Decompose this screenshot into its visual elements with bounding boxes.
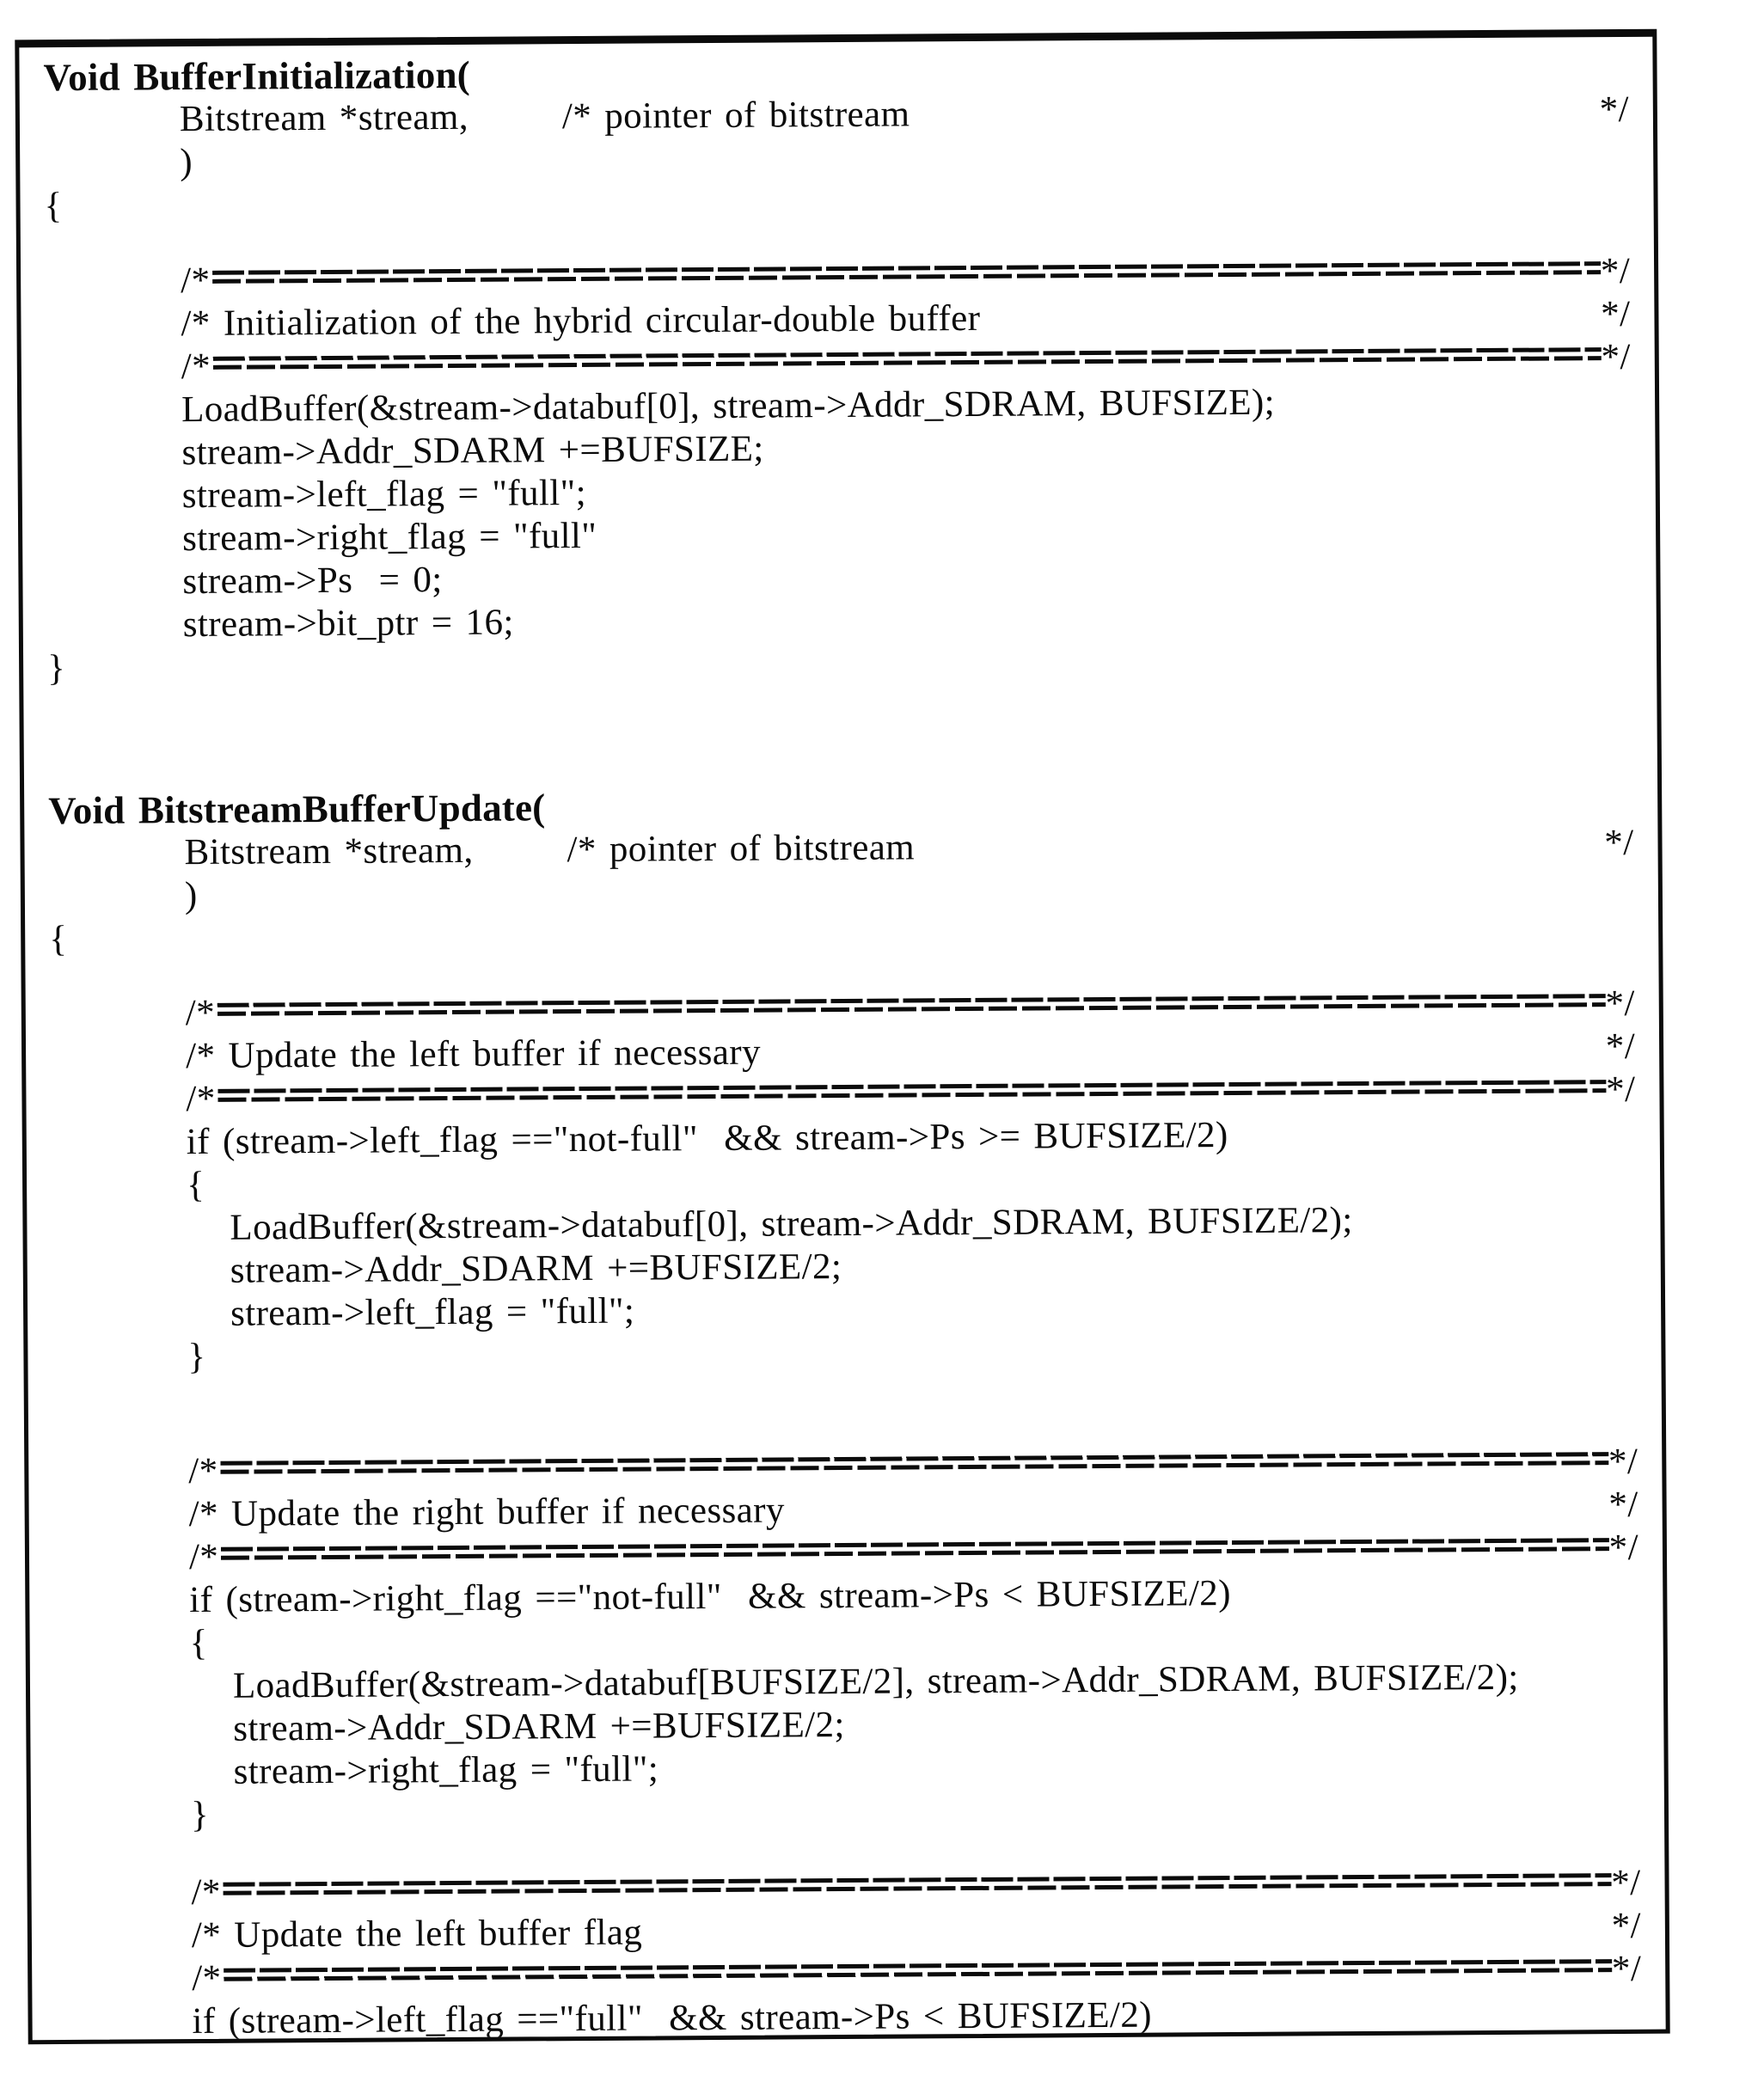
comment-close-token: */ bbox=[1599, 89, 1629, 132]
comment-ruler-fill bbox=[221, 1536, 1609, 1561]
comment-ruler-fill bbox=[218, 1078, 1607, 1103]
comment-open-token: /* bbox=[181, 346, 211, 389]
comment-close-token: */ bbox=[1605, 983, 1635, 1026]
code-text: { bbox=[187, 1164, 205, 1207]
code-text: stream->Addr_SDARM +=BUFSIZE/2; bbox=[230, 1246, 842, 1293]
comment-ruler-fill bbox=[220, 1450, 1608, 1475]
function-signature-text: Void BufferInitialization( bbox=[43, 53, 470, 99]
comment-open-token: /* bbox=[192, 1957, 222, 2000]
comment-close-token: */ bbox=[1606, 1068, 1636, 1111]
comment-open-token: /* bbox=[186, 992, 216, 1035]
code-text: ) bbox=[185, 874, 198, 917]
comment-text: /* Update the left buffer if necessary bbox=[186, 1032, 761, 1078]
comment-open-token: /* bbox=[188, 1450, 218, 1493]
code-text: LoadBuffer(&stream->databuf[BUFSIZE/2], … bbox=[233, 1656, 1519, 1708]
comment-close-token: */ bbox=[1601, 336, 1631, 379]
code-text: { bbox=[44, 185, 62, 228]
code-text: } bbox=[191, 1794, 209, 1837]
code-text: stream->right_flag = "full"; bbox=[233, 1748, 658, 1793]
comment-ruler-fill bbox=[224, 1871, 1612, 1896]
parameter-comment-text: /* pointer of bitstream bbox=[567, 826, 915, 872]
comment-open-token: /* bbox=[181, 260, 211, 303]
comment-open-token: /* bbox=[191, 1871, 221, 1914]
code-text: } bbox=[47, 647, 65, 690]
comment-close-token: */ bbox=[1612, 1948, 1642, 1991]
comment-text: /* Initialization of the hybrid circular… bbox=[181, 297, 980, 346]
code-text: if (stream->left_flag =="full" && stream… bbox=[192, 1994, 1152, 2043]
comment-close-token: */ bbox=[1604, 822, 1634, 865]
code-text: LoadBuffer(&stream->databuf[0], stream->… bbox=[181, 382, 1275, 432]
code-text: stream->Addr_SDARM +=BUFSIZE; bbox=[181, 428, 764, 475]
code-text: stream->Addr_SDARM +=BUFSIZE/2; bbox=[233, 1704, 845, 1751]
comment-open-token: /* bbox=[189, 1536, 219, 1579]
comment-close-token: */ bbox=[1601, 293, 1631, 336]
parameter-text: Bitstream *stream, bbox=[180, 95, 562, 141]
comment-ruler-fill bbox=[217, 992, 1606, 1017]
code-listing-box: Void BufferInitialization(Bitstream *str… bbox=[15, 29, 1669, 2045]
parameter-text: Bitstream *stream, bbox=[184, 829, 567, 874]
comment-close-token: */ bbox=[1606, 1026, 1636, 1068]
comment-ruler-fill bbox=[213, 346, 1602, 370]
scanned-page: Void BufferInitialization(Bitstream *str… bbox=[0, 0, 1764, 2088]
code-text: stream->left_flag = "full"; bbox=[230, 1290, 634, 1336]
code-text: { bbox=[49, 918, 67, 961]
code-text: stream->Ps = 0; bbox=[182, 559, 443, 603]
comment-ruler-fill bbox=[224, 1957, 1612, 1982]
code-text: LoadBuffer(&stream->databuf[0], stream->… bbox=[230, 1199, 1352, 1250]
line-spacer bbox=[47, 680, 1633, 789]
comment-ruler-fill bbox=[212, 260, 1601, 285]
line-spacer bbox=[52, 1369, 1638, 1451]
code-text: { bbox=[190, 1622, 208, 1665]
code-text: if (stream->right_flag =="not-full" && s… bbox=[189, 1572, 1231, 1622]
comment-close-token: */ bbox=[1608, 1484, 1638, 1527]
code-text: stream->right_flag = "full" bbox=[182, 515, 597, 560]
comment-close-token: */ bbox=[1611, 1862, 1641, 1905]
listing-rows: Void BufferInitialization(Bitstream *str… bbox=[19, 37, 1665, 2045]
function-signature-text: Void BitstreamBufferUpdate( bbox=[48, 786, 545, 832]
comment-text: /* Update the left buffer flag bbox=[192, 1912, 643, 1957]
code-text: } bbox=[187, 1336, 205, 1379]
comment-close-token: */ bbox=[1601, 250, 1631, 293]
comment-close-token: */ bbox=[1609, 1527, 1639, 1570]
code-text: ) bbox=[180, 141, 193, 184]
code-text: stream->left_flag = "full"; bbox=[182, 472, 586, 517]
parameter-comment-text: /* pointer of bitstream bbox=[562, 93, 910, 138]
comment-text: /* Update the right buffer if necessary bbox=[189, 1489, 785, 1536]
comment-close-token: */ bbox=[1608, 1441, 1638, 1484]
code-text: if (stream->left_flag =="not-full" && st… bbox=[187, 1114, 1228, 1164]
comment-close-token: */ bbox=[1611, 1905, 1641, 1948]
code-text: stream->bit_ptr = 16; bbox=[183, 602, 514, 647]
comment-open-token: /* bbox=[186, 1078, 216, 1121]
